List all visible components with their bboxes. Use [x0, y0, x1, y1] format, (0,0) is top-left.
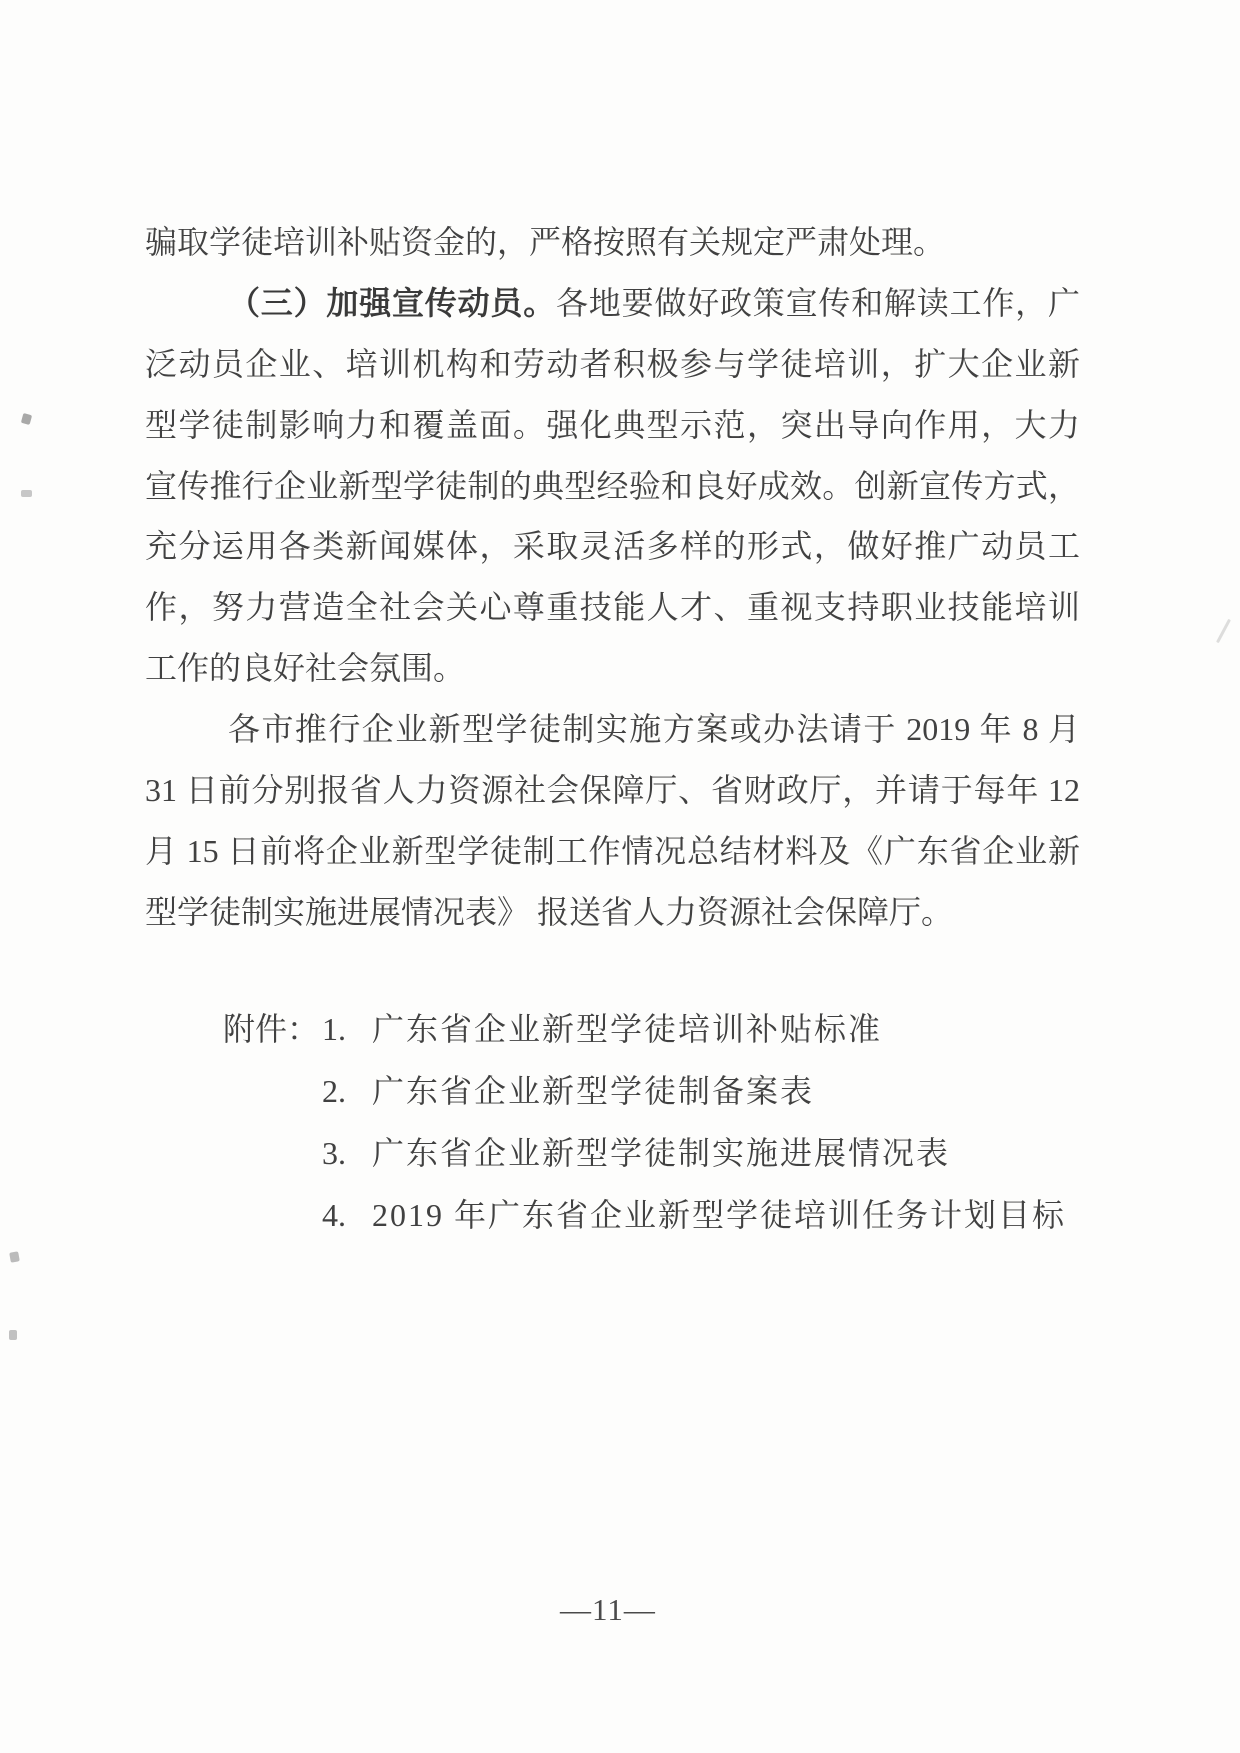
- attachments-label: 附件：: [223, 998, 322, 1060]
- attachment-item: 4.2019 年广东省企业新型学徒培训任务计划目标: [223, 1184, 1066, 1246]
- body-line: 月 15 日前将企业新型学徒制工作情况总结材料及《广东省企业新: [145, 821, 1080, 882]
- attachment-title: 广东省企业新型学徒培训补贴标准: [372, 1011, 882, 1047]
- body-line: 型学徒制影响力和覆盖面。强化典型示范，突出导向作用，大力: [145, 395, 1080, 456]
- attachment-item: 附件：1.广东省企业新型学徒培训补贴标准: [223, 998, 1066, 1060]
- body-line: 作，努力营造全社会关心尊重技能人才、重视支持职业技能培训: [145, 577, 1080, 638]
- attachment-title: 2019 年广东省企业新型学徒培训任务计划目标: [372, 1197, 1066, 1233]
- page-number: —11—: [560, 1592, 656, 1628]
- body-line: 工作的良好社会氛围。: [145, 638, 1080, 699]
- attachment-title: 广东省企业新型学徒制备案表: [372, 1073, 814, 1109]
- attachment-item: 2.广东省企业新型学徒制备案表: [223, 1060, 1066, 1122]
- body-line: 31 日前分别报省人力资源社会保障厅、省财政厅，并请于每年 12: [145, 760, 1080, 821]
- document-page: 骗取学徒培训补贴资金的，严格按照有关规定严肃处理。 （三）加强宣传动员。各地要做…: [0, 0, 1240, 1753]
- scan-speck: [21, 413, 32, 425]
- attachments-list: 附件：1.广东省企业新型学徒培训补贴标准 2.广东省企业新型学徒制备案表 3.广…: [223, 998, 1066, 1246]
- body-text-block: 骗取学徒培训补贴资金的，严格按照有关规定严肃处理。 （三）加强宣传动员。各地要做…: [145, 212, 1080, 943]
- scan-speck: [21, 490, 32, 497]
- attachment-number: 1.: [322, 998, 372, 1060]
- body-line-text: 各地要做好政策宣传和解读工作，广: [556, 285, 1080, 321]
- scan-speck: [9, 1330, 17, 1340]
- body-line: 泛动员企业、培训机构和劳动者积极参与学徒培训，扩大企业新: [145, 334, 1080, 395]
- attachment-number: 4.: [322, 1184, 372, 1246]
- body-line: 骗取学徒培训补贴资金的，严格按照有关规定严肃处理。: [145, 212, 1080, 273]
- scan-speck: [1216, 619, 1231, 643]
- attachment-number: 3.: [322, 1122, 372, 1184]
- attachment-title: 广东省企业新型学徒制实施进展情况表: [372, 1135, 950, 1171]
- body-line: （三）加强宣传动员。各地要做好政策宣传和解读工作，广: [145, 273, 1080, 334]
- section-heading: （三）加强宣传动员。: [228, 285, 556, 321]
- body-line: 宣传推行企业新型学徒制的典型经验和良好成效。创新宣传方式，: [145, 456, 1080, 517]
- body-line: 型学徒制实施进展情况表》 报送省人力资源社会保障厅。: [145, 882, 1080, 943]
- scan-speck: [9, 1251, 20, 1262]
- attachment-item: 3.广东省企业新型学徒制实施进展情况表: [223, 1122, 1066, 1184]
- attachment-number: 2.: [322, 1060, 372, 1122]
- body-line: 充分运用各类新闻媒体，采取灵活多样的形式，做好推广动员工: [145, 516, 1080, 577]
- body-line: 各市推行企业新型学徒制实施方案或办法请于 2019 年 8 月: [145, 699, 1080, 760]
